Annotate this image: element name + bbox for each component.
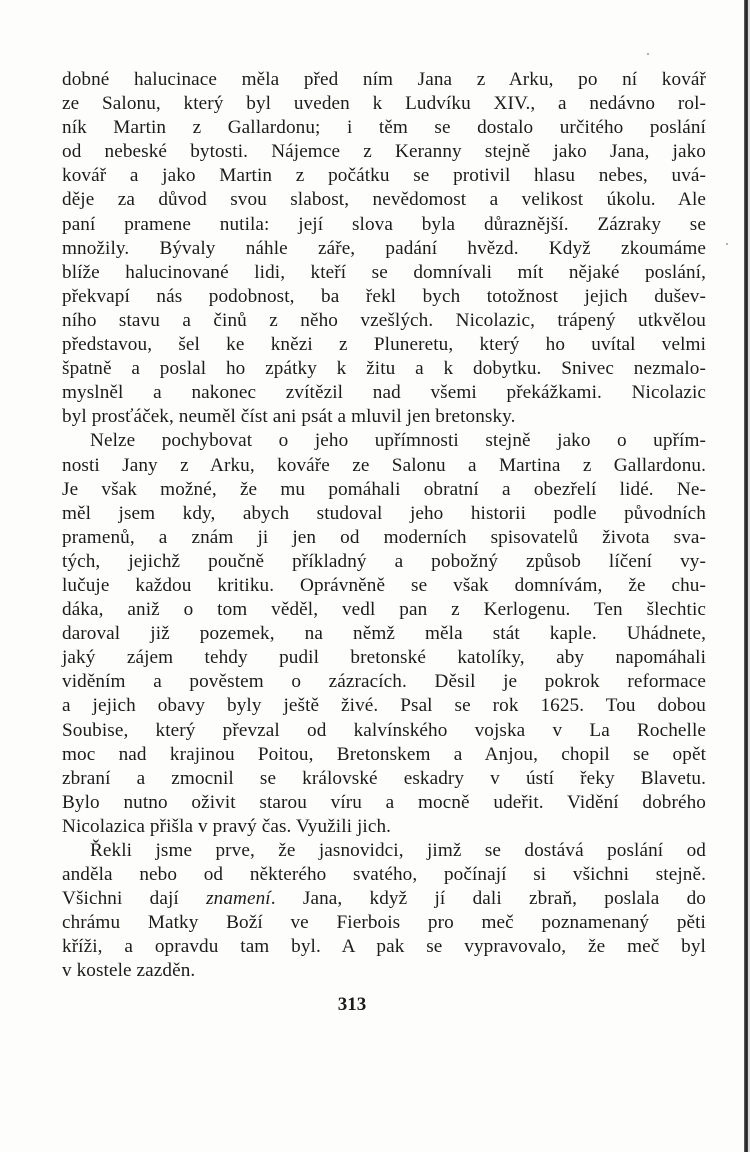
body-text: dobné halucinace měla před ním Jana z Ar… bbox=[62, 68, 706, 984]
text-line: měl jsem kdy, abych studoval jeho histor… bbox=[62, 502, 706, 526]
text-line: ník Martin z Gallardonu; i těm se dostal… bbox=[62, 116, 706, 140]
text-line: od nebeské bytosti. Nájemce z Keranny st… bbox=[62, 140, 706, 164]
text-line: byl prosťáček, neuměl číst ani psát a ml… bbox=[62, 405, 706, 429]
text-line: tých, jejichž poučně příkladný a pobožný… bbox=[62, 550, 706, 574]
text-line: blíže halucinované lidi, kteří se domnív… bbox=[62, 261, 706, 285]
emphasized-word: znamení bbox=[206, 888, 271, 909]
text-line: dobné halucinace měla před ním Jana z Ar… bbox=[62, 68, 706, 92]
page-number: 313 bbox=[0, 994, 704, 1016]
text-line: jaký zájem tehdy pudil bretonské katolík… bbox=[62, 646, 706, 670]
paragraph-1: dobné halucinace měla před ním Jana z Ar… bbox=[62, 68, 706, 429]
text-line: pramenů, a znám ji jen od moderních spis… bbox=[62, 526, 706, 550]
text-line: anděla nebo od některého svatého, počína… bbox=[62, 863, 706, 887]
text-line: kříži, a opravdu tam byl. A pak se vypra… bbox=[62, 935, 706, 959]
text-line: a jejich obavy byly ještě živé. Psal se … bbox=[62, 694, 706, 718]
text-line: myslněl a nakonec zvítězil nad všemi pře… bbox=[62, 381, 706, 405]
paragraph-2: Nelze pochybovat o jeho upřímnosti stejn… bbox=[62, 429, 706, 839]
text-line: množily. Bývaly náhle záře, padání hvězd… bbox=[62, 237, 706, 261]
book-page: dobné halucinace měla před ním Jana z Ar… bbox=[0, 0, 750, 1152]
text-line: v kostele zazděn. bbox=[62, 959, 706, 983]
text-line: zbraní a zmocnil se královské eskadry v … bbox=[62, 767, 706, 791]
text-line-with-emphasis: Všichni dají znamení. Jana, když jí dali… bbox=[62, 887, 706, 911]
text-line: lučuje každou kritiku. Oprávněně se však… bbox=[62, 574, 706, 598]
text-line: Řekli jsme prve, že jasnovidci, jimž se … bbox=[62, 839, 706, 863]
text-line: viděním a pověstem o zázracích. Děsil je… bbox=[62, 670, 706, 694]
paragraph-3: Řekli jsme prve, že jasnovidci, jimž se … bbox=[62, 839, 706, 984]
text-line: představou, šel ke knězi z Pluneretu, kt… bbox=[62, 333, 706, 357]
text-line: kovář a jako Martin z počátku se protivi… bbox=[62, 164, 706, 188]
text-line: nosti Jany z Arku, kováře ze Salonu a Ma… bbox=[62, 454, 706, 478]
text-line: ního stavu a činů z něho vzešlých. Nicol… bbox=[62, 309, 706, 333]
text-fragment: Všichni dají bbox=[62, 888, 206, 909]
text-line: chrámu Matky Boží ve Fierbois pro meč po… bbox=[62, 911, 706, 935]
scan-speck bbox=[726, 243, 728, 245]
text-line: moc nad krajinou Poitou, Bretonskem a An… bbox=[62, 743, 706, 767]
text-line: Soubise, který převzal od kalvínského vo… bbox=[62, 719, 706, 743]
text-line: Nicolazica přišla v pravý čas. Využili j… bbox=[62, 815, 706, 839]
text-line: paní pramene nutila: její slova byla důr… bbox=[62, 213, 706, 237]
text-fragment: . Jana, když jí dali zbraň, poslala do bbox=[271, 888, 706, 909]
text-line: děje za důvod svou slabost, nevědomost a… bbox=[62, 188, 706, 212]
text-line: dáka, aniž o tom věděl, vedl pan z Kerlo… bbox=[62, 598, 706, 622]
scan-speck bbox=[647, 53, 649, 55]
text-line: Nelze pochybovat o jeho upřímnosti stejn… bbox=[62, 429, 706, 453]
text-line: překvapí nás podobnost, ba řekl bych tot… bbox=[62, 285, 706, 309]
text-line: Bylo nutno oživit starou víru a mocně ud… bbox=[62, 791, 706, 815]
text-line: špatně a poslal ho zpátky k žitu a k dob… bbox=[62, 357, 706, 381]
text-line: ze Salonu, který byl uveden k Ludvíku XI… bbox=[62, 92, 706, 116]
text-line: Je však možné, že mu pomáhali obratní a … bbox=[62, 478, 706, 502]
text-line: daroval již pozemek, na němž měla stát k… bbox=[62, 622, 706, 646]
